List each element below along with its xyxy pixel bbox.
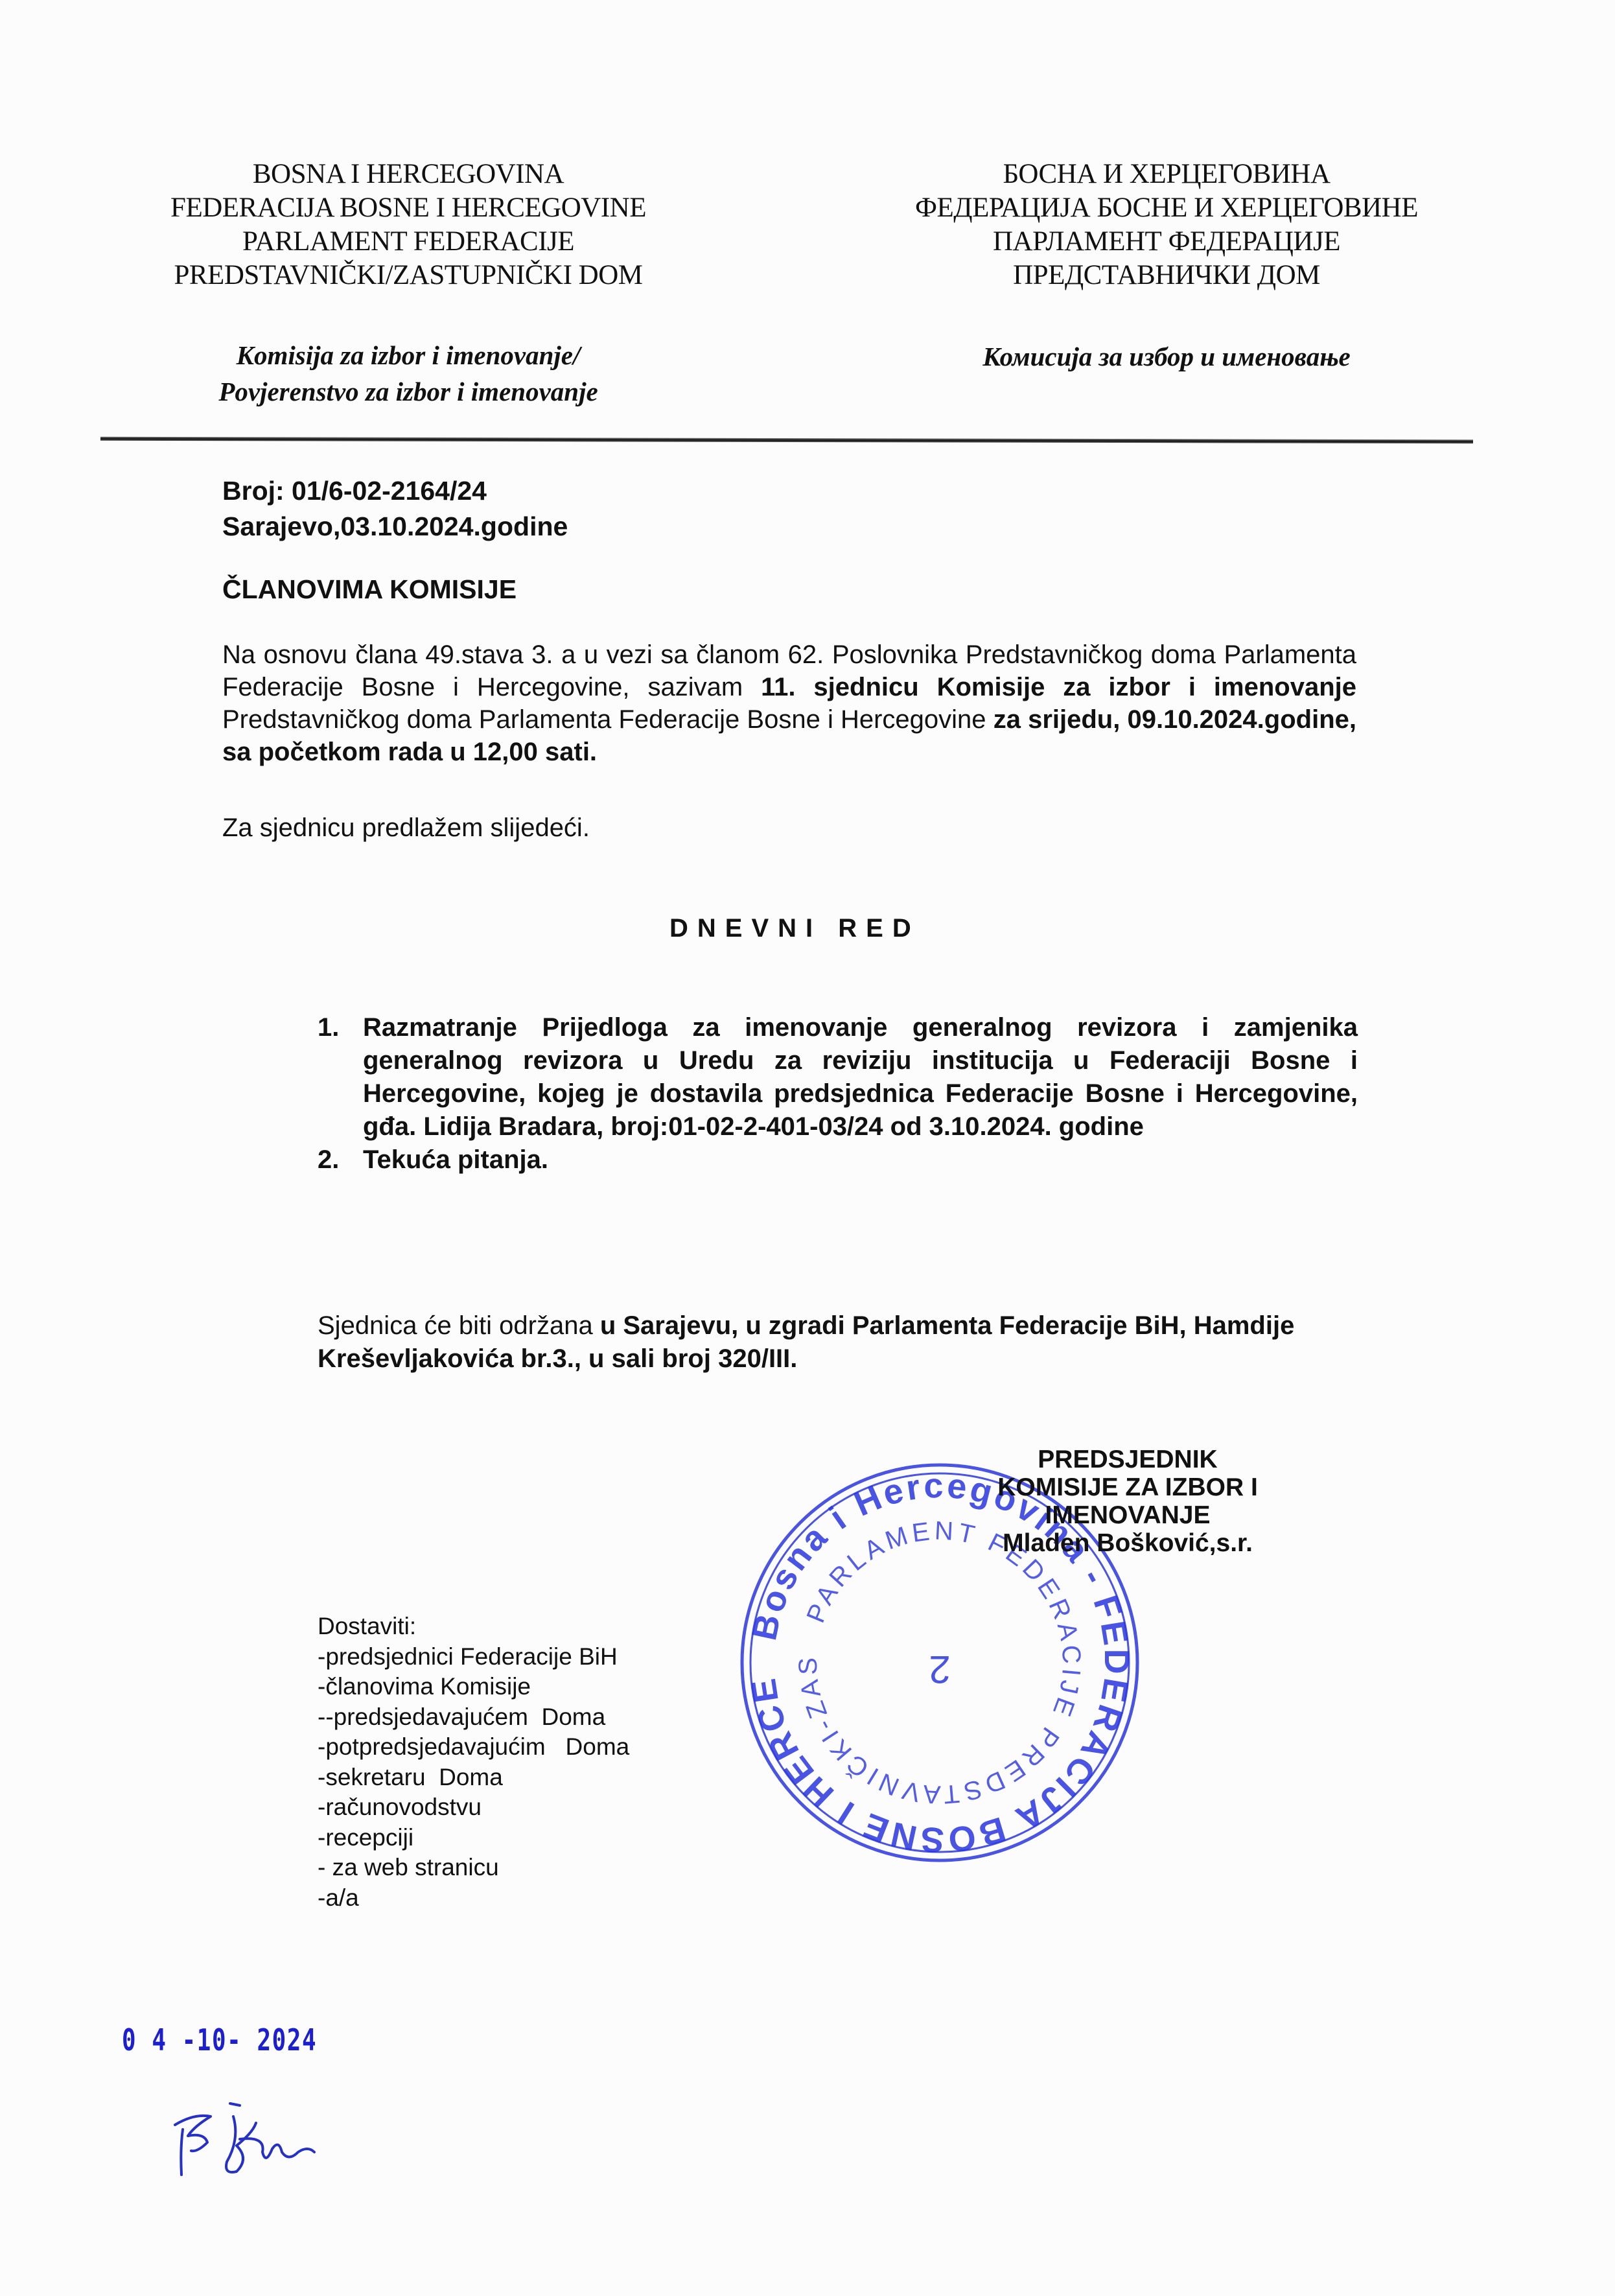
header-line: БОСНА И ХЕРЦЕГОВИНА [836,158,1497,191]
agenda-item-text: Tekuća pitanja. [363,1143,1358,1177]
agenda-item-number: 1. [318,1011,363,1143]
signatory-name: Mladen Bošković,s.r. [901,1529,1354,1557]
signatory-title: KOMISIJE ZA IZBOR I [901,1473,1354,1501]
document-number: Broj: 01/6-02-2164/24 [222,473,568,509]
agenda-item-number: 2. [318,1143,363,1177]
distribution-item: -računovodstvu [318,1792,629,1823]
distribution-item: -članovima Komisije [318,1672,629,1702]
distribution-item: - za web stranicu [318,1853,629,1883]
agenda-title: DNEVNI RED [669,914,920,943]
agenda-item-text: Razmatranje Prijedloga za imenovanje gen… [363,1011,1358,1143]
committee-name-cyrillic: Комисија за избор и именовање [836,338,1497,375]
signatory-title: IMENOVANJE [901,1501,1354,1529]
intro-paragraph: Na osnovu člana 49.stava 3. a u vezi sa … [222,638,1356,768]
distribution-heading: Dostaviti: [318,1611,629,1642]
location-text: Sjednica će biti održana [318,1311,600,1340]
header-line: ПАРЛАМЕНТ ФЕДЕРАЦИЈЕ [836,225,1497,259]
seal-center-number: 2 [929,1648,950,1691]
distribution-item: -recepciji [318,1823,629,1853]
distribution-item: -predsjednici Federacije BiH [318,1642,629,1672]
header-line: ПРЕДСТАВНИЧКИ ДОМ [836,259,1497,292]
distribution-list: Dostaviti: -predsjednici Federacije BiH … [318,1611,629,1913]
distribution-item: -potpredsjedavajućim Doma [318,1732,629,1763]
received-date-stamp: 0 4 -10- 2024 [122,2022,317,2057]
header-line: ФЕДЕРАЦИЈА БОСНЕ И ХЕРЦЕГОВИНЕ [836,191,1497,225]
agenda-list: 1. Razmatranje Prijedloga za imenovanje … [318,1011,1358,1177]
header-cyrillic: БОСНА И ХЕРЦЕГОВИНА ФЕДЕРАЦИЈА БОСНЕ И Х… [836,158,1497,292]
distribution-item: -sekretaru Doma [318,1763,629,1793]
proposal-text: Za sjednicu predlažem slijedeći. [222,814,590,843]
agenda-item: 2. Tekuća pitanja. [318,1143,1358,1177]
committee-line: Povjerenstvo za izbor i imenovanje [97,373,719,410]
signatory-title: PREDSJEDNIK [901,1446,1354,1473]
handwritten-initials-signature [168,2100,363,2185]
place-date: Sarajevo,03.10.2024.godine [222,509,568,545]
header-divider [100,437,1473,443]
intro-bold-text: 11. sjednicu Komisije za izbor i imenova… [761,673,1356,701]
document-meta: Broj: 01/6-02-2164/24 Sarajevo,03.10.202… [222,473,568,545]
addressee: ČLANOVIMA KOMISIJE [222,574,517,605]
distribution-item: -a/a [318,1883,629,1914]
committee-name-latin: Komisija za izbor i imenovanje/ Povjeren… [97,337,719,410]
header-line: BOSNA I HERCEGOVINA [97,158,719,191]
intro-text: Predstavničkog doma Parlamenta Federacij… [222,705,993,734]
header-line: FEDERACIJA BOSNE I HERCEGOVINE [97,191,719,225]
header-line: PREDSTAVNIČKI/ZASTUPNIČKI DOM [97,259,719,292]
header-line: PARLAMENT FEDERACIJE [97,225,719,259]
committee-line: Komisija za izbor i imenovanje/ [97,337,719,373]
header-latin: BOSNA I HERCEGOVINA FEDERACIJA BOSNE I H… [97,158,719,292]
location-paragraph: Sjednica će biti održana u Sarajevu, u z… [318,1309,1358,1376]
agenda-item: 1. Razmatranje Prijedloga za imenovanje … [318,1011,1358,1143]
signature-block: PREDSJEDNIK KOMISIJE ZA IZBOR I IMENOVAN… [901,1446,1354,1557]
distribution-item: --predsjedavajućem Doma [318,1702,629,1733]
